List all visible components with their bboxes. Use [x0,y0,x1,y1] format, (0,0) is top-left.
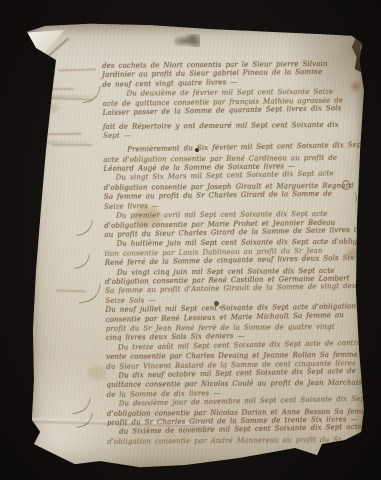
photo-background: des cachets de Niort consentis par le Si… [0,0,381,480]
bleed-through-mark [52,144,92,146]
margin-flourish [76,413,93,428]
margin-flourish [76,220,93,236]
bleed-through-mark [44,88,74,90]
bleed-through-mark [58,68,96,72]
margin-flourish [72,398,91,415]
margin-flourish [74,254,90,269]
dog-ear-fold [24,24,72,74]
bleed-through-mark [48,133,82,136]
manuscript-text: des cachets de Niort consentis par le Si… [102,58,367,447]
stain [88,366,106,380]
margin-flourish [78,283,101,304]
manuscript-page: des cachets de Niort consentis par le Si… [24,22,368,469]
stain [46,103,58,113]
manuscript-line: d'obligation consentie par André Mannere… [107,436,367,448]
ink-smudge [174,34,200,47]
